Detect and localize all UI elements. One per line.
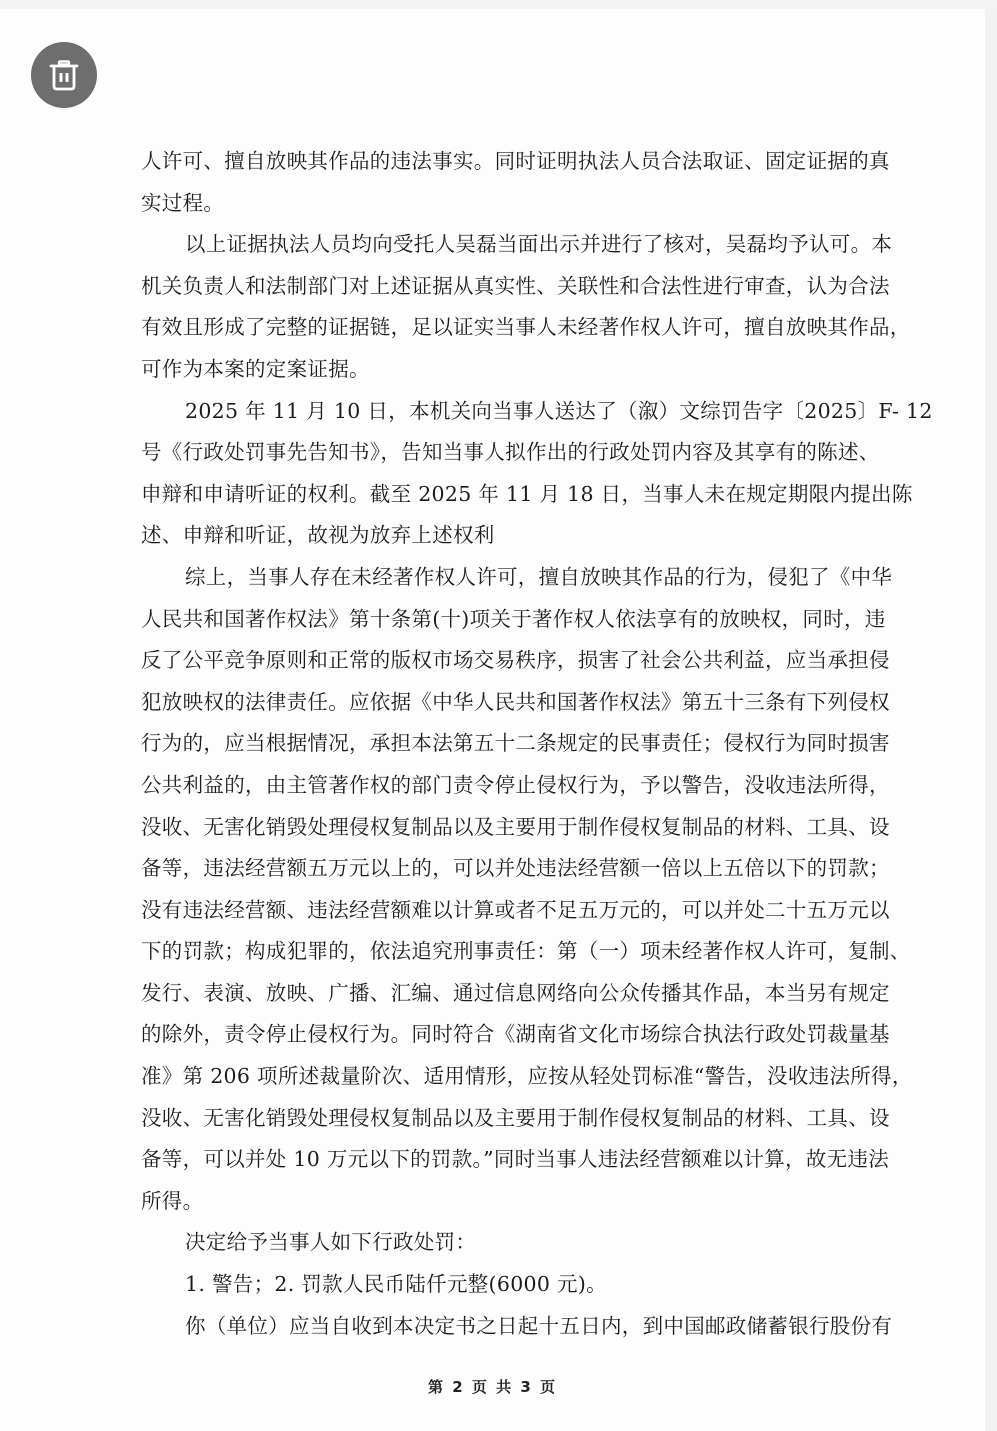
- text-line: 以上证据执法人员均向受托人吴磊当面出示并进行了核对，吴磊均予认可。本: [141, 224, 871, 266]
- text-line: 申辩和申请听证的权利。截至 2025 年 11 月 18 日，当事人未在规定期限…: [141, 474, 871, 516]
- text-line: 反了公平竞争原则和正常的版权市场交易秩序，损害了社会公共利益，应当承担侵: [141, 640, 871, 682]
- text-line: 述、申辩和听证，故视为放弃上述权利: [141, 515, 871, 557]
- page-number: 第 2 页 共 3 页: [0, 1376, 985, 1397]
- text-line: 人民共和国著作权法》第十条第(十)项关于著作权人依法享有的放映权，同时，违: [141, 599, 871, 641]
- text-line: 准》第 206 项所述裁量阶次、适用情形，应按从轻处罚标准“警告，没收违法所得，: [141, 1056, 871, 1098]
- text-line: 所得。: [141, 1181, 871, 1223]
- text-line: 没收、无害化销毁处理侵权复制品以及主要用于制作侵权复制品的材料、工具、设: [141, 807, 871, 849]
- trash-icon: [47, 58, 81, 92]
- text-line: 有效且形成了完整的证据链，足以证实当事人未经著作权人许可，擅自放映其作品，: [141, 307, 871, 349]
- text-line: 备等，违法经营额五万元以上的，可以并处违法经营额一倍以上五倍以下的罚款；: [141, 848, 871, 890]
- text-line: 备等，可以并处 10 万元以下的罚款。”同时当事人违法经营额难以计算，故无违法: [141, 1139, 871, 1181]
- scrollbar-track[interactable]: [985, 9, 997, 1431]
- text-line: 人许可、擅自放映其作品的违法事实。同时证明执法人员合法取证、固定证据的真: [141, 141, 871, 183]
- text-line: 综上，当事人存在未经著作权人许可，擅自放映其作品的行为，侵犯了《中华: [141, 557, 871, 599]
- text-line: 号《行政处罚事先告知书》，告知当事人拟作出的行政处罚内容及其享有的陈述、: [141, 432, 871, 474]
- text-line: 你（单位）应当自收到本决定书之日起十五日内，到中国邮政储蓄银行股份有: [141, 1306, 871, 1348]
- top-bar: [0, 0, 997, 9]
- text-line: 没收、无害化销毁处理侵权复制品以及主要用于制作侵权复制品的材料、工具、设: [141, 1098, 871, 1140]
- text-line: 实过程。: [141, 183, 871, 225]
- text-line: 犯放映权的法律责任。应依据《中华人民共和国著作权法》第五十三条有下列侵权: [141, 682, 871, 724]
- text-line: 机关负责人和法制部门对上述证据从真实性、关联性和合法性进行审查，认为合法: [141, 266, 871, 308]
- text-line: 2025 年 11 月 10 日，本机关向当事人送达了（溆）文综罚告字〔2025…: [141, 391, 871, 433]
- text-line: 下的罚款；构成犯罪的，依法追究刑事责任：第（一）项未经著作权人许可，复制、: [141, 931, 871, 973]
- text-line: 可作为本案的定案证据。: [141, 349, 871, 391]
- text-line: 的除外，责令停止侵权行为。同时符合《湖南省文化市场综合执法行政处罚裁量基: [141, 1014, 871, 1056]
- decision-heading: 决定给予当事人如下行政处罚：: [141, 1222, 871, 1264]
- text-line: 公共利益的，由主管著作权的部门责令停止侵权行为，予以警告，没收违法所得，: [141, 765, 871, 807]
- text-line: 没有违法经营额、违法经营额难以计算或者不足五万元的，可以并处二十五万元以: [141, 890, 871, 932]
- penalty-items: 1. 警告；2. 罚款人民币陆仟元整(6000 元)。: [141, 1264, 871, 1306]
- text-line: 行为的，应当根据情况，承担本法第五十二条规定的民事责任；侵权行为同时损害: [141, 723, 871, 765]
- text-line: 发行、表演、放映、广播、汇编、通过信息网络向公众传播其作品，本当另有规定: [141, 973, 871, 1015]
- document-body: 人许可、擅自放映其作品的违法事实。同时证明执法人员合法取证、固定证据的真 实过程…: [141, 141, 871, 1347]
- delete-button[interactable]: [31, 42, 97, 108]
